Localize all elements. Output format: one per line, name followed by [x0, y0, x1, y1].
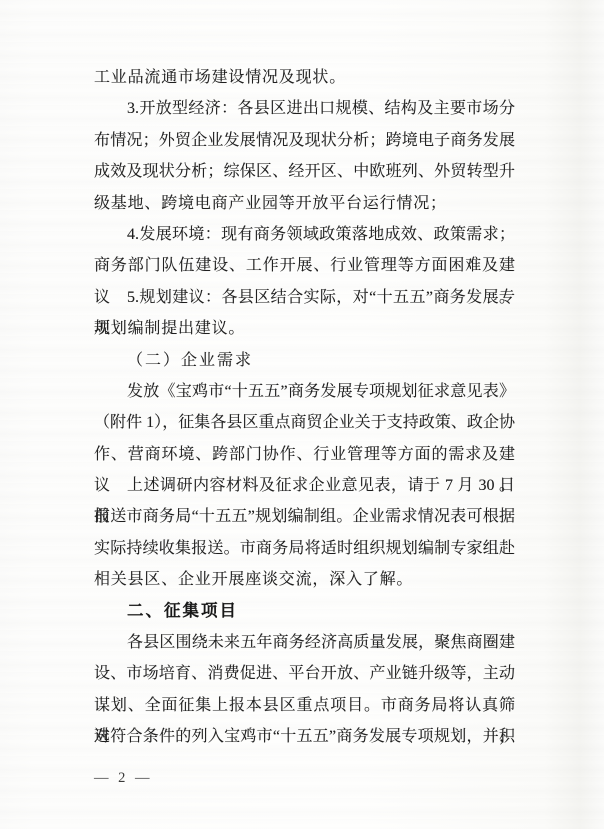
text-line: 商务部门队伍建设、工作开展、行业管理等方面困难及建议。	[94, 250, 515, 281]
text-line: 规划编制提出建议。	[94, 313, 515, 344]
page-number: — 2 —	[94, 770, 515, 787]
text-line: 4.发展环境：现有商务领域政策落地成效、政策需求；	[94, 219, 515, 250]
section-heading-collect-projects: 二、征集项目	[94, 596, 515, 627]
text-line: 谋划、全面征集上报本县区重点项目。市商务局将认真筛选，	[94, 690, 515, 721]
text-line: 3.开放型经济：各县区进出口规模、结构及主要市场分	[94, 93, 515, 124]
text-line: （附件 1），征集各县区重点商贸企业关于支持政策、政企协	[94, 407, 515, 438]
text-line: 设、市场培育、消费促进、平台开放、产业链升级等，主动	[94, 658, 515, 689]
text-line: 工业品流通市场建设情况及现状。	[94, 62, 515, 93]
section-heading-enterprise-demand: （二）企业需求	[94, 345, 515, 376]
text-line: 布情况；外贸企业发展情况及现状分析；跨境电子商务发展	[94, 125, 515, 156]
text-line: 相关县区、企业开展座谈交流，深入了解。	[94, 564, 515, 595]
document-text-block: 工业品流通市场建设情况及现状。 3.开放型经济：各县区进出口规模、结构及主要市场…	[94, 62, 515, 753]
text-line: 作、营商环境、跨部门协作、行业管理等方面的需求及建议。	[94, 439, 515, 470]
text-line: 级基地、跨境电商产业园等开放平台运行情况；	[94, 188, 515, 219]
text-line: 对符合条件的列入宝鸡市“十五五”商务发展专项规划，并积	[94, 721, 515, 752]
text-line: 报送市商务局“十五五”规划编制组。企业需求情况表可根据	[94, 501, 515, 532]
text-line: 5.规划建议：各县区结合实际，对“十五五”商务发展专项	[94, 282, 515, 313]
text-line: 实际持续收集报送。市商务局将适时组织规划编制专家组赴	[94, 533, 515, 564]
text-line: 各县区围绕未来五年商务经济高质量发展，聚焦商圈建	[94, 627, 515, 658]
text-line: 成效及现状分析；综保区、经开区、中欧班列、外贸转型升	[94, 156, 515, 187]
text-line: 发放《宝鸡市“十五五”商务发展专项规划征求意见表》	[94, 376, 515, 407]
scanned-document-page: 工业品流通市场建设情况及现状。 3.开放型经济：各县区进出口规模、结构及主要市场…	[0, 0, 604, 829]
text-line: 上述调研内容材料及征求企业意见表，请于 7 月 30 日前	[94, 470, 515, 501]
